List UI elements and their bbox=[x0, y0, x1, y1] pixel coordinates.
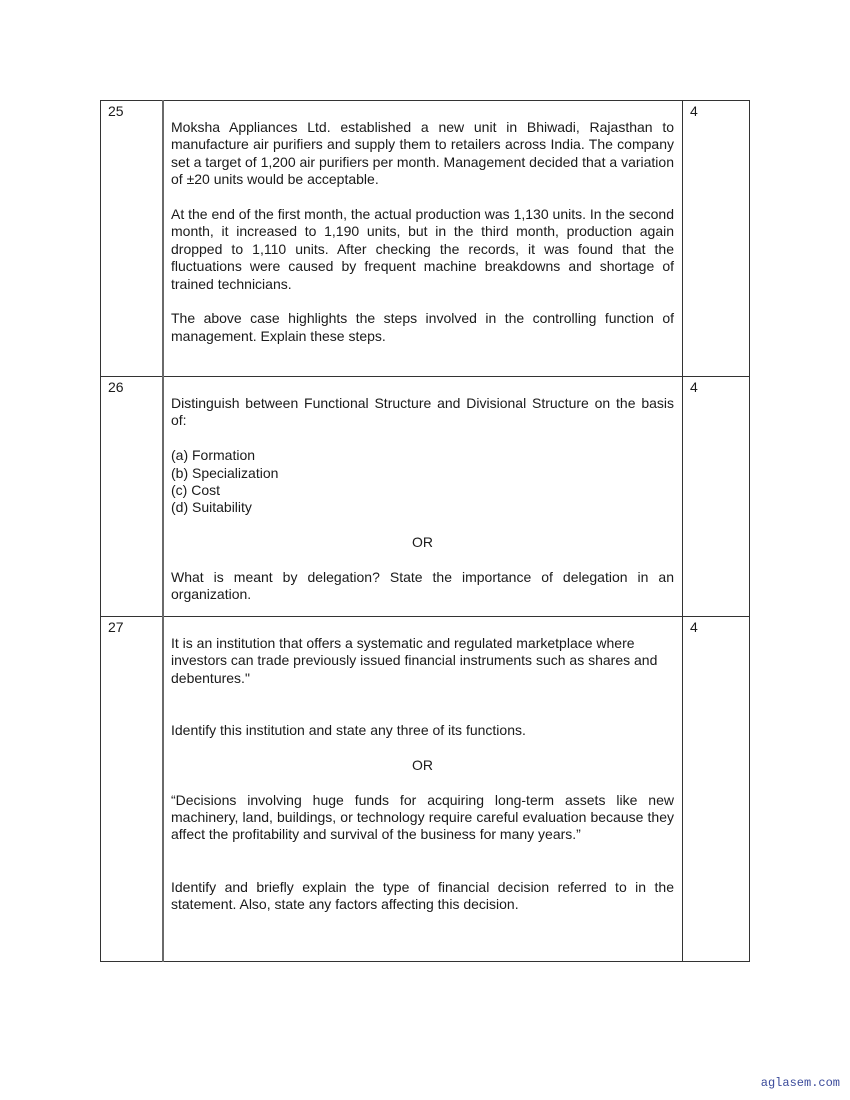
alternative-question: Identify and briefly explain the type of… bbox=[171, 879, 674, 914]
question-number-cell: 25 bbox=[101, 101, 164, 377]
watermark: aglasem.com bbox=[761, 1076, 840, 1090]
question-row-25: 25 Moksha Appliances Ltd. established a … bbox=[101, 101, 750, 377]
marks-value: 4 bbox=[683, 617, 749, 636]
question-number: 25 bbox=[101, 101, 162, 120]
criteria-item: (c) Cost bbox=[171, 482, 674, 499]
case-paragraph: Moksha Appliances Ltd. established a new… bbox=[171, 119, 674, 189]
question-prompt: The above case highlights the steps invo… bbox=[171, 310, 674, 345]
question-number: 26 bbox=[101, 377, 162, 396]
question-table: 25 Moksha Appliances Ltd. established a … bbox=[100, 100, 750, 962]
case-paragraph: At the end of the first month, the actua… bbox=[171, 206, 674, 293]
marks-cell: 4 bbox=[683, 617, 750, 962]
marks-value: 4 bbox=[683, 101, 749, 120]
criteria-item: (d) Suitability bbox=[171, 499, 674, 516]
criteria-list: (a) Formation (b) Specialization (c) Cos… bbox=[171, 447, 674, 517]
quote-paragraph: It is an institution that offers a syste… bbox=[171, 635, 674, 687]
criteria-item: (b) Specialization bbox=[171, 465, 674, 482]
question-row-27: 27 It is an institution that offers a sy… bbox=[101, 617, 750, 962]
question-number: 27 bbox=[101, 617, 162, 636]
criteria-item: (a) Formation bbox=[171, 447, 674, 464]
alternative-question: What is meant by delegation? State the i… bbox=[171, 569, 674, 604]
quote-paragraph: “Decisions involving huge funds for acqu… bbox=[171, 792, 674, 844]
question-number-cell: 26 bbox=[101, 377, 164, 617]
marks-cell: 4 bbox=[683, 101, 750, 377]
question-body-cell: Distinguish between Functional Structure… bbox=[163, 377, 683, 617]
question-body-cell: Moksha Appliances Ltd. established a new… bbox=[163, 101, 683, 377]
question-row-26: 26 Distinguish between Functional Struct… bbox=[101, 377, 750, 617]
question-prompt: Distinguish between Functional Structure… bbox=[171, 395, 674, 430]
marks-cell: 4 bbox=[683, 377, 750, 617]
or-separator: OR bbox=[171, 534, 674, 551]
question-prompt: Identify this institution and state any … bbox=[171, 722, 674, 739]
question-number-cell: 27 bbox=[101, 617, 164, 962]
question-body-cell: It is an institution that offers a syste… bbox=[163, 617, 683, 962]
or-separator: OR bbox=[171, 757, 674, 774]
marks-value: 4 bbox=[683, 377, 749, 396]
